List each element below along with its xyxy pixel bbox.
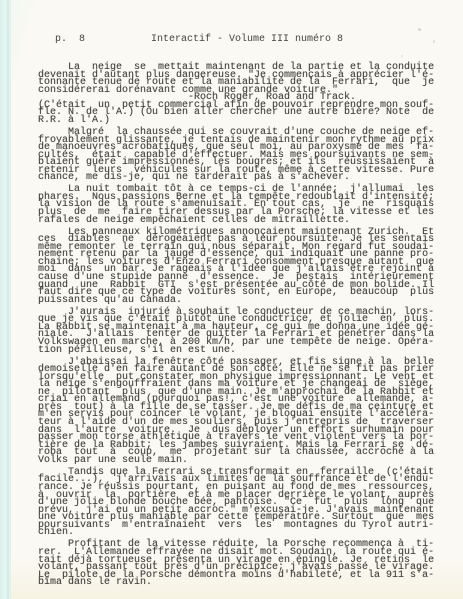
paragraph: Malgré la chaussée qui se couvrait d'une… [38, 129, 438, 182]
scanned-page: p. 8 Interactif - Volume III numéro 8 La… [0, 0, 463, 599]
paragraph: La neige se mettait maintenant de la par… [38, 64, 438, 124]
page-left-edge-shadow [0, 0, 11, 599]
paragraph: La nuit tombait tôt à ce temps-ci de l'a… [38, 186, 438, 224]
page-number: p. 8 [55, 34, 85, 45]
paragraph: Les panneaux kilométriques annonçaient m… [38, 229, 438, 304]
paragraph: J'aurais injurié à souhait le conducteur… [38, 309, 438, 354]
paper-speckle [418, 28, 421, 31]
paragraph: Tandis que la Ferrari se transformait en… [38, 469, 438, 537]
page-header: p. 8 Interactif - Volume III numéro 8 [38, 34, 438, 44]
page-title: Interactif - Volume III numéro 8 [151, 34, 343, 45]
paragraph: Profitant de la vitesse réduite, la Pors… [38, 541, 438, 586]
paragraph: J'abaissai la fenêtre côté passager, et … [38, 359, 438, 465]
page-content: p. 8 Interactif - Volume III numéro 8 La… [38, 34, 438, 591]
